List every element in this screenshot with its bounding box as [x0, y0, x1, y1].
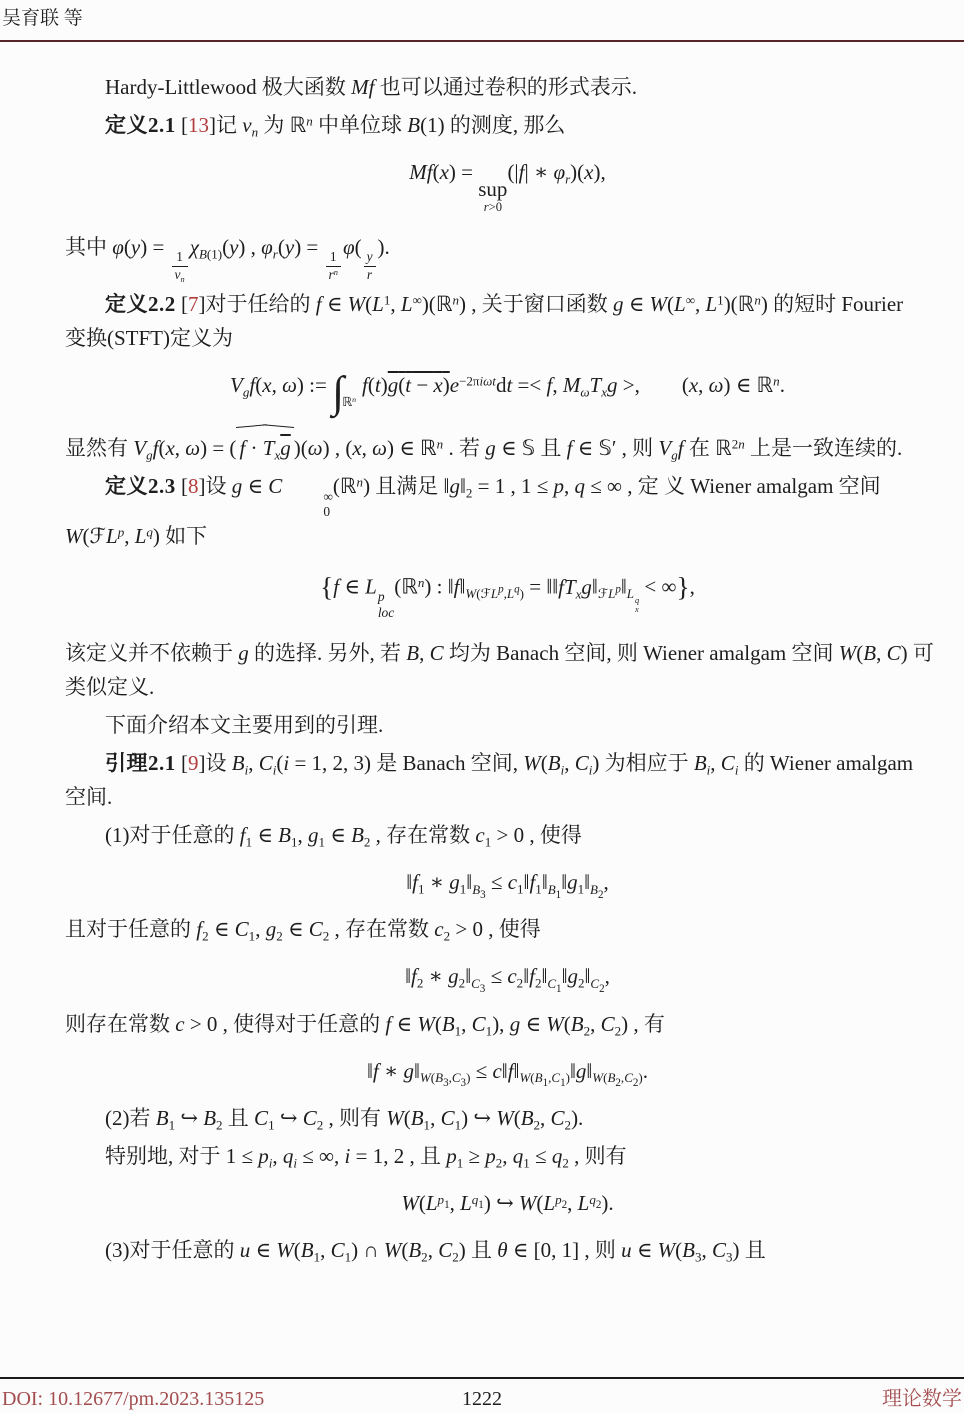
running-author: 吴育联 等 — [2, 8, 83, 29]
citation-ref: 13 — [188, 113, 209, 137]
formula-convolution-w: ‖f ∗ g‖W(B3,C3) ≤ c‖f‖W(B1,C1)‖g‖W(B2,C2… — [65, 1057, 950, 1085]
para-definition-2-2: 定义2.2 [7]对于任给的 f ∈ W(L1, L∞)(ℝn) , 关于窗口函… — [65, 287, 950, 355]
para-lemma-item-2: (2)若 B1 ↪ B2 且 C1 ↪ C2 , 则有 W(B1, C1) ↪ … — [65, 1101, 950, 1135]
formula-embedding: W(Lp1, Lq1) ↪ W(Lp2, Lq2). — [65, 1189, 950, 1217]
citation-ref: 7 — [188, 292, 199, 316]
formula-wiener-amalgam-norm: {f ∈ Lploc(ℝn) : ‖f‖W(ℱLp,Lq) = ‖‖fTxg‖ℱ… — [65, 569, 950, 620]
para-stft-remark: 显然有 Vgf(x, ω) = (f · Txg)(ω) , (x, ω) ∈ … — [65, 427, 950, 465]
para-lemma-item-1b: 且对于任意的 f2 ∈ C1, g2 ∈ C2 , 存在常数 c2 > 0 , … — [65, 912, 950, 946]
para-lemma-item-3: (3)对于任意的 u ∈ W(B1, C1) ∩ W(B2, C2) 且 θ ∈… — [65, 1233, 950, 1267]
para-wiener-remark: 该定义并不依赖于 g 的选择. 另外, 若 B, C 均为 Banach 空间,… — [65, 636, 950, 704]
journal-name: 理论数学 — [882, 1385, 962, 1413]
page-header: 吴育联 等 — [2, 6, 83, 32]
para-lemma-2-1: 引理2.1 [9]设 Bi, Ci(i = 1, 2, 3) 是 Banach … — [65, 746, 950, 814]
para-hardy-littlewood: Hardy-Littlewood 极大函数 Mf 也可以通过卷积的形式表示. — [65, 70, 950, 104]
page-footer: DOI: 10.12677/pm.2023.135125 1222 理论数学 — [0, 1385, 964, 1413]
citation-ref: 9 — [188, 751, 199, 775]
formula-convolution-b: ‖f1 ∗ g1‖B3 ≤ c1‖f1‖B1‖g1‖B2, — [65, 868, 950, 896]
footer-rule — [0, 1377, 964, 1379]
para-definition-2-1: 定义2.1 [13]记 vn 为 ℝn 中单位球 B(1) 的测度, 那么 — [65, 108, 950, 142]
paper-page: 吴育联 等 Hardy-Littlewood 极大函数 Mf 也可以通过卷积的形… — [0, 0, 964, 1414]
para-lemma-intro: 下面介绍本文主要用到的引理. — [65, 708, 950, 742]
document-body: Hardy-Littlewood 极大函数 Mf 也可以通过卷积的形式表示.定义… — [65, 42, 950, 1358]
formula-stft: Vgf(x, ω) := ∫ℝnf(t)g(t − x)e−2πiωtdt =<… — [65, 371, 950, 411]
para-phi-definition: 其中 φ(y) = 1vnχB(1)(y) , φr(y) = 1rnφ(yr)… — [65, 230, 950, 283]
formula-maximal-function: Mf(x) = supr>0(|f| ∗ φr)(x), — [65, 158, 950, 214]
page-number: 1222 — [0, 1385, 964, 1413]
formula-convolution-c: ‖f2 ∗ g2‖C3 ≤ c2‖f2‖C1‖g2‖C2, — [65, 962, 950, 990]
para-lemma-item-1c: 则存在常数 c > 0 , 使得对于任意的 f ∈ W(B1, C1), g ∈… — [65, 1007, 950, 1041]
para-definition-2-3: 定义2.3 [8]设 g ∈ C∞0(ℝn) 且满足 ‖g‖2 = 1 , 1 … — [65, 469, 950, 553]
para-lemma-item-2b: 特别地, 对于 1 ≤ pi, qi ≤ ∞, i = 1, 2 , 且 p1 … — [65, 1139, 950, 1173]
citation-ref: 8 — [188, 474, 199, 498]
para-lemma-item-1: (1)对于任意的 f1 ∈ B1, g1 ∈ B2 , 存在常数 c1 > 0 … — [65, 818, 950, 852]
